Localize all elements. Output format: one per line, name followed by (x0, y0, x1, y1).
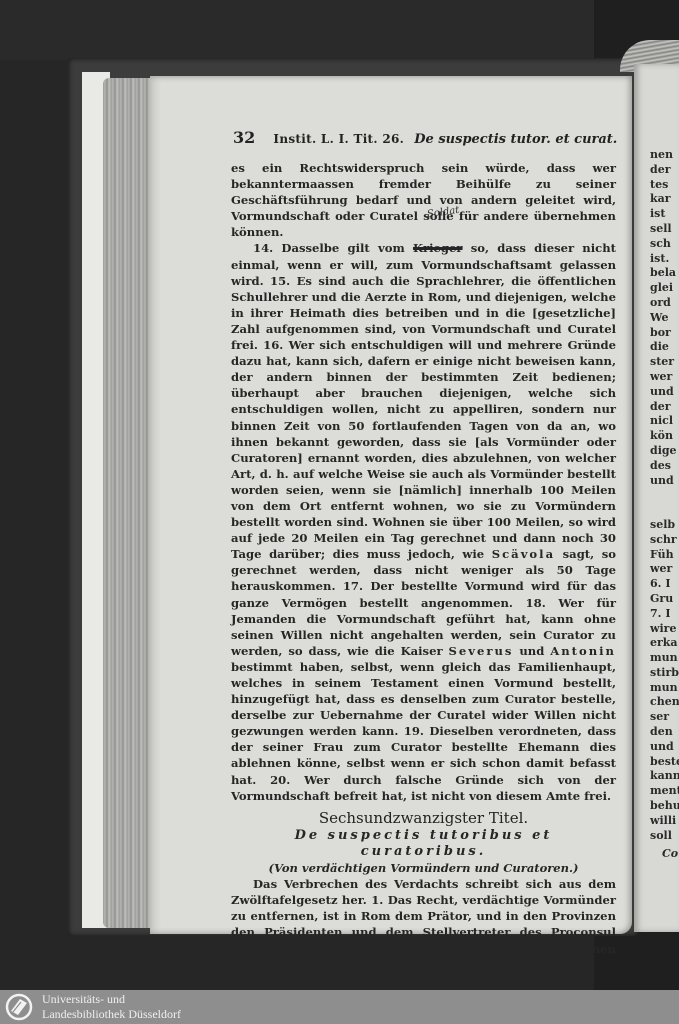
facing-page-line: sch (650, 237, 679, 252)
facing-page-line: den (650, 725, 679, 740)
text-run: 14. Dasselbe gilt vom (253, 241, 413, 255)
person-name: Severus (448, 644, 513, 658)
facing-page-line: des (650, 459, 679, 474)
facing-page-line: und (650, 740, 679, 755)
facing-page-line: Füh (650, 548, 679, 563)
facing-page-line: chen (650, 695, 679, 710)
person-name: Scävola (492, 547, 555, 561)
text-run: sagt, so gerechnet werden, dass nicht we… (231, 547, 616, 658)
facing-page-line: ster (650, 355, 679, 370)
page-edges (103, 78, 153, 928)
person-name: Antonin (550, 644, 616, 658)
facing-page-line: bela (650, 266, 679, 281)
facing-page-line: nen (650, 148, 679, 163)
facing-page-line: bor (650, 326, 679, 341)
library-footer: Universitäts- und Landesbibliothek Düsse… (0, 990, 679, 1024)
catchword: Co (662, 847, 679, 862)
facing-page-line: und (650, 474, 679, 489)
facing-page-line: mun (650, 651, 679, 666)
facing-page: nenderteskaristsellschist.belagleiordWeb… (634, 64, 679, 932)
facing-page-line: tes (650, 178, 679, 193)
facing-page-line: sell (650, 222, 679, 237)
facing-page-line: ment (650, 784, 679, 799)
book-logo-icon (4, 993, 34, 1021)
facing-page-line: schr (650, 533, 679, 548)
facing-page-text: nenderteskaristsellschist.belagleiordWeb… (650, 148, 679, 862)
text-run: bestimmt haben, selbst, wenn gleich das … (231, 660, 616, 803)
paragraph: Das Verbrechen des Verdachts schreibt si… (231, 876, 616, 973)
facing-page-line (650, 503, 679, 518)
facing-page-line: wer (650, 370, 679, 385)
facing-page-line: kön (650, 429, 679, 444)
section-title-block: Sechsundzwanzigster Titel. De suspectis … (231, 810, 616, 876)
facing-page-line: Gru (650, 592, 679, 607)
facing-page-line: We (650, 311, 679, 326)
facing-page-line: willi (650, 814, 679, 829)
library-name: Universitäts- und Landesbibliothek Düsse… (42, 992, 181, 1022)
latin-title: De suspectis tutoribus et curatoribus. (231, 828, 616, 860)
running-head: 32 Instit. L. I. Tit. 26. De suspectis t… (233, 128, 608, 147)
struck-word: Krieger (413, 241, 463, 255)
facing-page-line: soll (650, 829, 679, 844)
facing-page-line: ord (650, 296, 679, 311)
facing-page-line: der (650, 400, 679, 415)
paragraph: es ein Rechtswiderspruch sein würde, das… (231, 160, 616, 240)
running-title: De suspectis tutor. et curat. (414, 132, 617, 147)
facing-page-line: ist (650, 207, 679, 222)
facing-page-line (650, 488, 679, 503)
facing-page-line: glei (650, 281, 679, 296)
facing-page-line: 7. I (650, 607, 679, 622)
facing-page-line: kann (650, 769, 679, 784)
paragraph: 14. Dasselbe gilt vom Krieger so, dass d… (231, 240, 616, 803)
facing-page-line: die (650, 340, 679, 355)
scan-background-top (0, 0, 679, 60)
facing-page-line: selb (650, 518, 679, 533)
text-run: und (513, 644, 550, 658)
facing-page-line: dige (650, 444, 679, 459)
facing-page-line: erka (650, 636, 679, 651)
facing-page-line: der (650, 163, 679, 178)
facing-page-line: und (650, 385, 679, 400)
library-name-line1: Universitäts- und (42, 992, 181, 1007)
facing-page-line: stirb (650, 666, 679, 681)
facing-page-line: kar (650, 192, 679, 207)
facing-page-line: ist. (650, 252, 679, 267)
library-name-line2: Landesbibliothek Düsseldorf (42, 1007, 181, 1022)
facing-page-line: 6. I (650, 577, 679, 592)
facing-page-line: wire (650, 622, 679, 637)
facing-page-line: behu (650, 799, 679, 814)
page-body: es ein Rechtswiderspruch sein würde, das… (231, 160, 616, 973)
facing-page-line: nicl (650, 414, 679, 429)
facing-page-line: wer (650, 562, 679, 577)
section-title: Sechsundzwanzigster Titel. (231, 810, 616, 826)
facing-page-line: ser (650, 710, 679, 725)
page-number: 32 (233, 128, 255, 147)
facing-page-line: mun (650, 681, 679, 696)
section-reference: Instit. L. I. Tit. 26. (273, 132, 404, 146)
text-run: so, dass dieser nicht einmal, wenn er wi… (231, 241, 616, 561)
german-subtitle: (Von verdächtigen Vormündern und Curator… (231, 860, 616, 876)
facing-page-line: beste (650, 755, 679, 770)
